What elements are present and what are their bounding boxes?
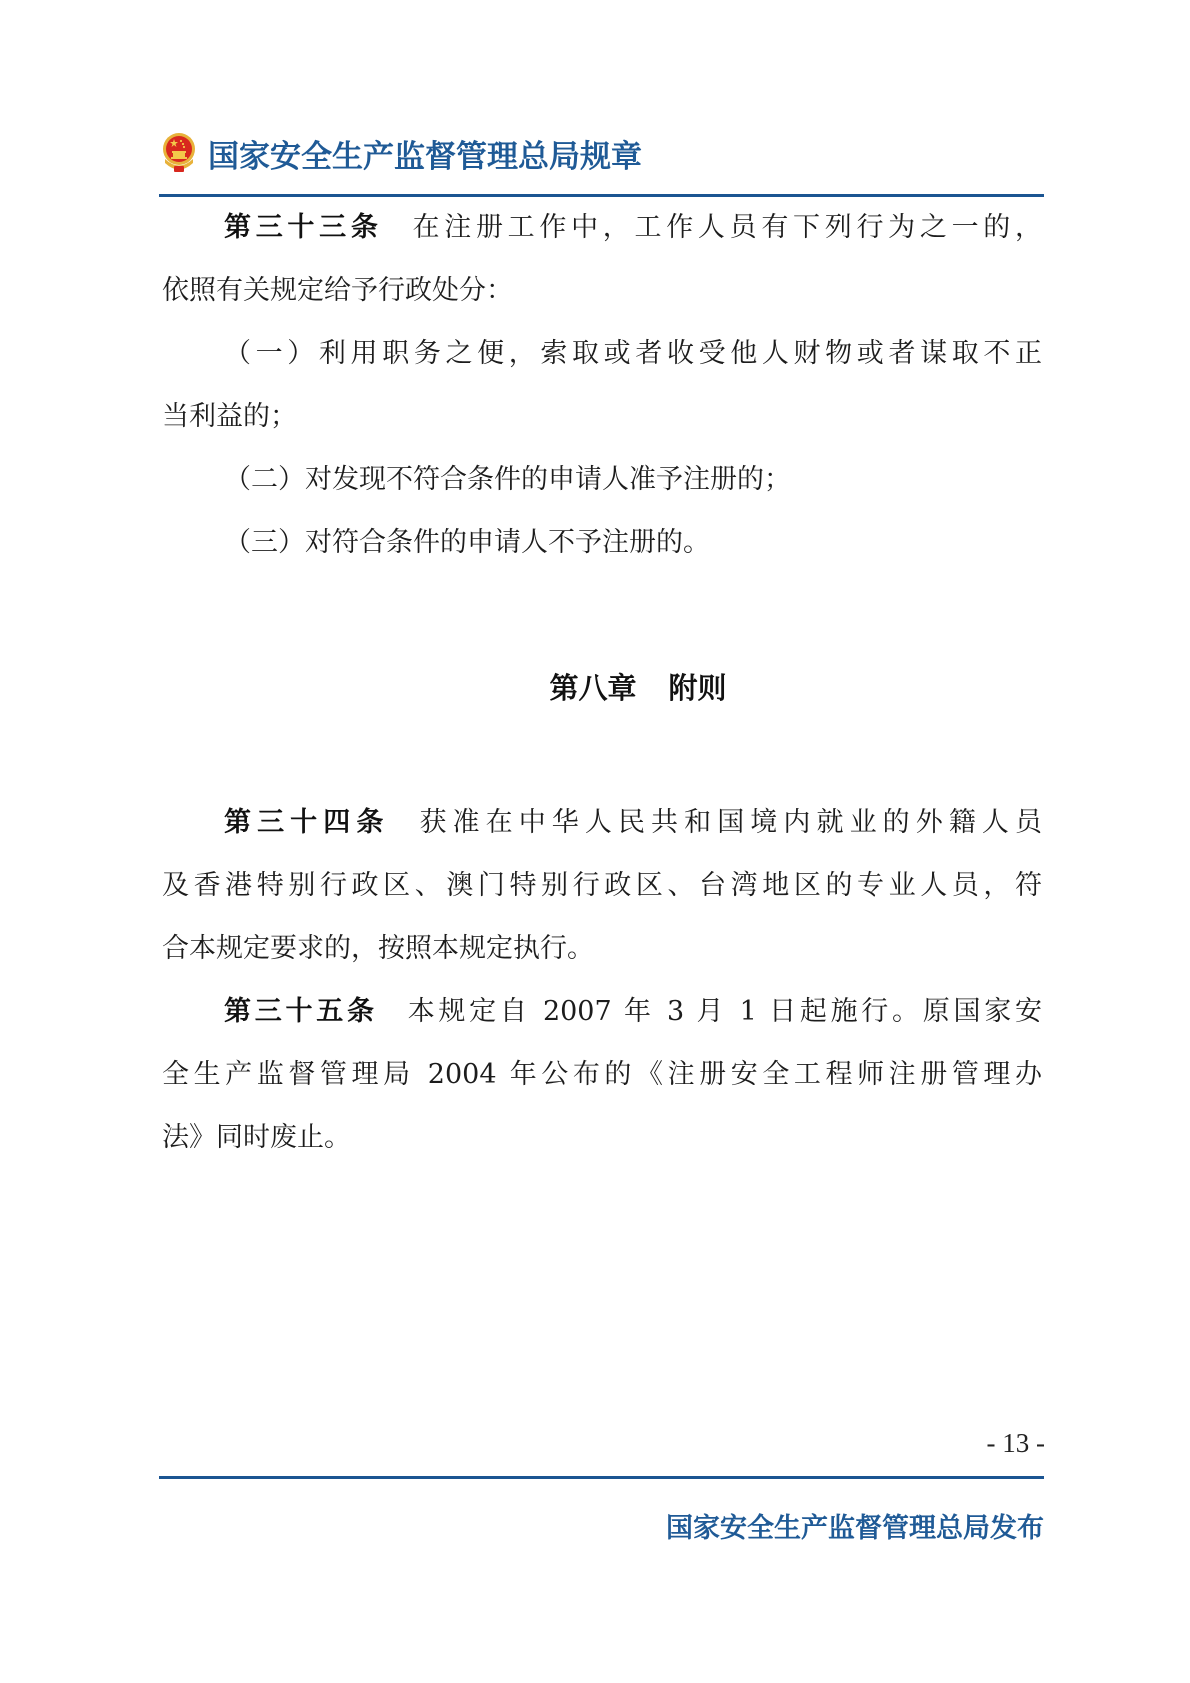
article-35-label: 第三十五条 [224, 996, 378, 1027]
article-33-item-3: （三）对符合条件的申请人不予注册的。 [162, 523, 1042, 563]
article-34-line-1: 第三十四条获准在中华人民共和国境内就业的外籍人员 [162, 803, 1042, 843]
page-header: 国家安全生产监督管理总局规章 [160, 128, 642, 178]
article-35-text: 本规定自 2007 年 3 月 1 日起施行。原国家安 [408, 996, 1042, 1027]
page-number: - 13 - [950, 1428, 1045, 1459]
article-33-item-1-cont: 当利益的； [162, 397, 1042, 437]
header-divider [159, 194, 1044, 197]
article-33-text: 在注册工作中，工作人员有下列行为之一的， [413, 212, 1042, 243]
article-34-line-3: 合本规定要求的，按照本规定执行。 [162, 929, 1042, 969]
article-33-label: 第三十三条 [224, 212, 383, 243]
article-33-line-2: 依照有关规定给予行政处分： [162, 271, 1042, 311]
footer-divider [159, 1476, 1044, 1479]
article-34-text: 获准在中华人民共和国境内就业的外籍人员 [419, 807, 1042, 838]
article-35-line-2: 全生产监督管理局 2004 年公布的《注册安全工程师注册管理办 [162, 1055, 1042, 1095]
article-34-label: 第三十四条 [224, 807, 389, 838]
article-33-line-1: 第三十三条在注册工作中，工作人员有下列行为之一的， [162, 208, 1042, 248]
footer-publisher: 国家安全生产监督管理总局发布 [650, 1506, 1044, 1545]
chapter-heading: 第八章附则 [0, 666, 1190, 707]
article-33-item-2: （二）对发现不符合条件的申请人准予注册的； [162, 460, 1042, 500]
article-35-line-1: 第三十五条本规定自 2007 年 3 月 1 日起施行。原国家安 [162, 992, 1042, 1032]
article-34-line-2: 及香港特别行政区、澳门特别行政区、台湾地区的专业人员，符 [162, 866, 1042, 906]
chapter-number: 第八章 [549, 671, 636, 705]
header-title: 国家安全生产监督管理总局规章 [208, 131, 642, 176]
national-emblem-icon [160, 132, 198, 174]
article-35-line-3: 法》同时废止。 [162, 1118, 1042, 1158]
article-33-item-1: （一）利用职务之便，索取或者收受他人财物或者谋取不正 [162, 334, 1042, 374]
chapter-title: 附则 [669, 671, 727, 705]
